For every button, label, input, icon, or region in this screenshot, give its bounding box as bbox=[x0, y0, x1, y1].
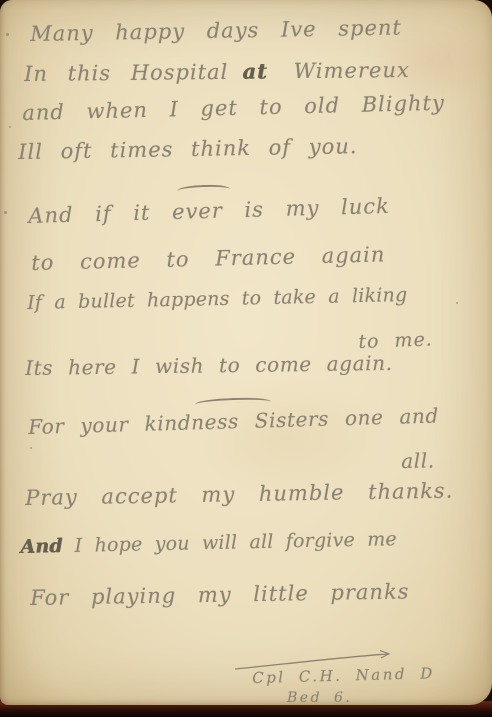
poem-stanza2-line1: And if it ever is my luck bbox=[28, 194, 390, 228]
poem-stanza3-line4: For playing my little pranks bbox=[30, 579, 410, 610]
poem-stanza1-line2: In this HospitalatWimereux bbox=[24, 57, 410, 86]
poem-stanza3-line3-overwritten-word: And bbox=[20, 535, 63, 558]
album-page: Many happy days Ive spent In this Hospit… bbox=[0, 0, 492, 705]
poem-stanza3-line3: AndI hope you will all forgive me bbox=[20, 528, 397, 558]
poem-stanza3-line1-continuation: all. bbox=[401, 448, 435, 473]
poem-stanza2-line3: If a bullet happens to take a liking bbox=[27, 284, 408, 314]
poem-stanza1-line1: Many happy days Ive spent bbox=[30, 16, 402, 46]
poem-stanza1-line3: and when I get to old Blighty bbox=[22, 91, 445, 125]
poem-stanza2-line4: Its here I wish to come again. bbox=[25, 351, 393, 380]
signature-name: Cpl C.H. Nand D bbox=[252, 664, 435, 687]
signature-bed: Bed 6. bbox=[287, 690, 352, 706]
paper-speck bbox=[4, 211, 7, 214]
paper-speck bbox=[9, 126, 11, 128]
poem-stanza1-line2-overwritten-word: at bbox=[242, 58, 268, 83]
paper-speck bbox=[6, 33, 9, 36]
poem-stanza3-line3-rest: I hope you will all forgive me bbox=[74, 528, 397, 557]
poem-stanza1-line2-start: In this Hospital bbox=[24, 60, 228, 86]
paper-speck bbox=[456, 302, 458, 304]
poem-stanza3-line2: Pray accept my humble thanks. bbox=[25, 479, 453, 510]
poem-stanza1-line4: Ill oft times think of you. bbox=[18, 134, 358, 164]
poem-stanza2-line3-continuation: to me. bbox=[358, 328, 433, 353]
poem-stanza2-line2: to come to France again bbox=[31, 242, 386, 275]
photo-frame: Many happy days Ive spent In this Hospit… bbox=[0, 0, 492, 717]
stanza-divider-1 bbox=[177, 184, 230, 191]
poem-stanza1-line2-end: Wimereux bbox=[294, 58, 410, 83]
poem-stanza3-line1: For your kindness Sisters one and bbox=[28, 404, 439, 439]
paper-speck bbox=[30, 447, 32, 449]
stanza-divider-2 bbox=[195, 397, 271, 405]
